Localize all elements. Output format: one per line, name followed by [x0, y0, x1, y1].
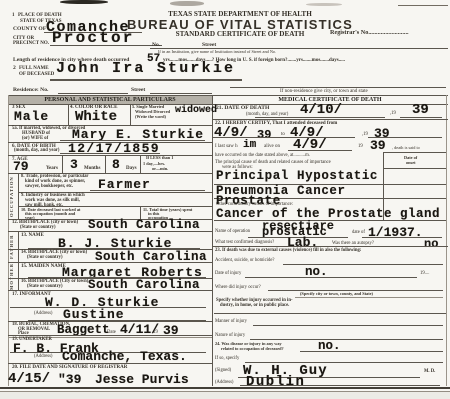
last-saw-him-value: im: [243, 140, 256, 151]
date-of-death-year-value: 39: [412, 103, 429, 117]
autopsy-value: no: [424, 238, 438, 250]
undertaker-address-label: (Address): [34, 355, 53, 360]
mother-birthplace-label2: (State or country): [27, 285, 63, 290]
marital-value: widowed: [175, 106, 217, 116]
rule: [212, 95, 213, 386]
occurred-label: have occurred on the date stated above, …: [215, 154, 310, 159]
rule: [150, 93, 212, 94]
rule: [295, 297, 443, 298]
age-months-label: Months: [84, 166, 100, 171]
occupation-related-label2: related to occupation of deceased?: [221, 347, 284, 351]
father-strip-label: FATHER: [9, 234, 14, 260]
rule: [62, 155, 63, 173]
scan-artifact: [170, 1, 204, 6]
physician-address-label: (Address): [215, 381, 234, 386]
rule: [230, 87, 446, 88]
injury-where-note: (Specify city or town, county, and State…: [300, 292, 373, 296]
rule: [18, 231, 19, 262]
date-of-death-value: 4/10/: [300, 103, 342, 117]
rule: [213, 137, 355, 138]
father-birthplace-label2: (State or country): [27, 256, 63, 261]
nonresidence-note: If non-residence give city, or town and …: [280, 89, 368, 94]
if-so-specify-label: If so, specify: [215, 357, 239, 362]
test-label: What test confirmed diagnosis?: [215, 241, 274, 246]
file-date-label: 20. FILE DATE AND SIGNATURE OF REGISTRAR: [12, 365, 127, 370]
last-saw-label2: alive on: [264, 144, 280, 149]
manner-of-injury-label: Manner of injury: [215, 320, 247, 325]
cert-title: STANDARD CERTIFICATE OF DEATH: [115, 31, 365, 38]
rule: [8, 290, 212, 291]
age-days-label: Days: [126, 166, 137, 171]
rule: [446, 95, 447, 386]
rule: [90, 190, 205, 191]
rule: [212, 246, 448, 247]
registrar-signature: Jesse Purvis: [95, 373, 189, 386]
rule: [18, 262, 19, 291]
rule: [383, 168, 446, 169]
informant-address-label: (Address): [34, 312, 53, 317]
attended-to-year-label: ,19: [362, 133, 368, 138]
rule: [140, 155, 141, 173]
marital-label3: (Write the word): [135, 115, 166, 119]
signed-label: (Signed): [215, 369, 231, 374]
father-name-label: 13. NAME: [21, 233, 44, 238]
scan-artifact: [60, 0, 108, 4]
attended-from-year: 39: [257, 129, 271, 141]
last-saw-label3: , death is said to: [392, 146, 420, 150]
undertaker-address-value: Comanche, Texas.: [62, 350, 187, 363]
age-days-value: 8: [112, 158, 120, 171]
rule: [8, 363, 212, 364]
full-name-value: John Ira Sturkie: [56, 61, 235, 76]
rule: [214, 313, 446, 314]
file-year-value: "39: [58, 373, 81, 386]
md-label: M. D.: [424, 370, 435, 375]
scan-artifact: [398, 5, 448, 6]
date-of-death-year-label: ,19: [390, 112, 396, 117]
rule: [68, 104, 69, 125]
color-race-value: White: [75, 110, 117, 124]
registrar-no-label: Registrar's No..........................: [330, 30, 409, 36]
rule: [50, 45, 162, 46]
file-date-value: 4/15/: [8, 372, 50, 386]
last-saw-year-value: 39: [370, 139, 386, 152]
rule: [250, 339, 443, 340]
age-months-value: 3: [70, 158, 78, 171]
accident-label: Accident, suicide, or homicide?: [215, 259, 274, 264]
birthplace-label2: (State or country): [20, 226, 56, 231]
age-less-label1: If LESS than 1: [146, 156, 173, 160]
mother-strip-label: MOTHER: [9, 264, 14, 290]
rule: [0, 391, 450, 392]
sex-value: Male: [14, 110, 49, 123]
rule: [105, 155, 106, 173]
trade-label3: sawyer, bookkeeper, etc.: [25, 185, 73, 190]
injury-date-label: Date of injury: [215, 272, 241, 277]
last-saw-year-label: 19: [358, 145, 363, 150]
rule: [8, 231, 212, 232]
operation-date-label: date of: [352, 231, 365, 236]
external-causes-label: 23. If death was due to external causes …: [215, 249, 361, 254]
mother-name-label: 15. MAIDEN NAME: [21, 264, 66, 269]
rule: [300, 351, 443, 352]
nature-of-injury-label: Nature of injury: [215, 334, 245, 339]
rule: [8, 335, 212, 336]
operation-label: Name of operation: [215, 230, 250, 235]
rule: [253, 325, 443, 326]
occupation-strip-label: OCCUPATION: [9, 176, 14, 218]
rule: [212, 119, 448, 120]
institution-note: If in an Institution, give name of Insti…: [158, 50, 276, 54]
onset-label2: onset: [406, 161, 416, 165]
precinct-label: PRECINCT NO.: [13, 41, 49, 46]
last-saw-label1: I last saw h: [215, 144, 238, 149]
dob-label2: (month, day, and year): [14, 149, 59, 154]
rule: [130, 104, 131, 125]
rule: [255, 117, 385, 118]
injury-year-label: 19....: [420, 272, 429, 277]
age-years-label: Years: [46, 166, 58, 171]
rule: [288, 150, 352, 151]
spouse-label3: (or) WIFE of: [22, 137, 48, 142]
rule: [8, 262, 212, 263]
cause-line1: Principal Hypostatic: [216, 170, 378, 183]
age-years-value: 79: [13, 160, 29, 173]
place-of-death-label: PLACE OF DEATH: [18, 13, 62, 18]
rule: [50, 79, 242, 81]
rule: [60, 153, 160, 154]
age-less-label3: or....min.: [152, 167, 168, 171]
field1-number: 1: [12, 13, 15, 18]
residence-street-label: Street: [131, 88, 145, 94]
rule: [400, 117, 442, 118]
full-name-label2: OF DECEASED: [19, 72, 54, 77]
header-titles: TEXAS STATE DEPARTMENT OF HEALTH BUREAU …: [115, 11, 365, 38]
rule: [240, 385, 440, 386]
scan-margin: [0, 392, 450, 399]
death-certificate: 1 PLACE OF DEATH STATE OF TEXAS COUNTY O…: [0, 0, 450, 399]
rule: [58, 93, 128, 94]
rule: [0, 387, 450, 389]
full-name-number: 2: [13, 66, 16, 72]
rule: [383, 152, 446, 153]
residence-label: Residence: No.: [13, 88, 48, 94]
rule: [18, 173, 19, 219]
scan-artifact: [306, 3, 342, 6]
injury-where-label: Where did injury occur?: [215, 286, 261, 291]
county-label: COUNTY OF: [13, 27, 46, 33]
injury-specify-label2: dustry, in home, or in public place.: [220, 304, 289, 309]
full-name-label1: FULL NAME: [19, 66, 49, 71]
rule: [245, 277, 417, 278]
rule: [8, 155, 212, 156]
birthplace-value: South Carolina: [88, 219, 200, 232]
date-of-death-label: 21. DATE OF DEATH: [216, 106, 269, 112]
